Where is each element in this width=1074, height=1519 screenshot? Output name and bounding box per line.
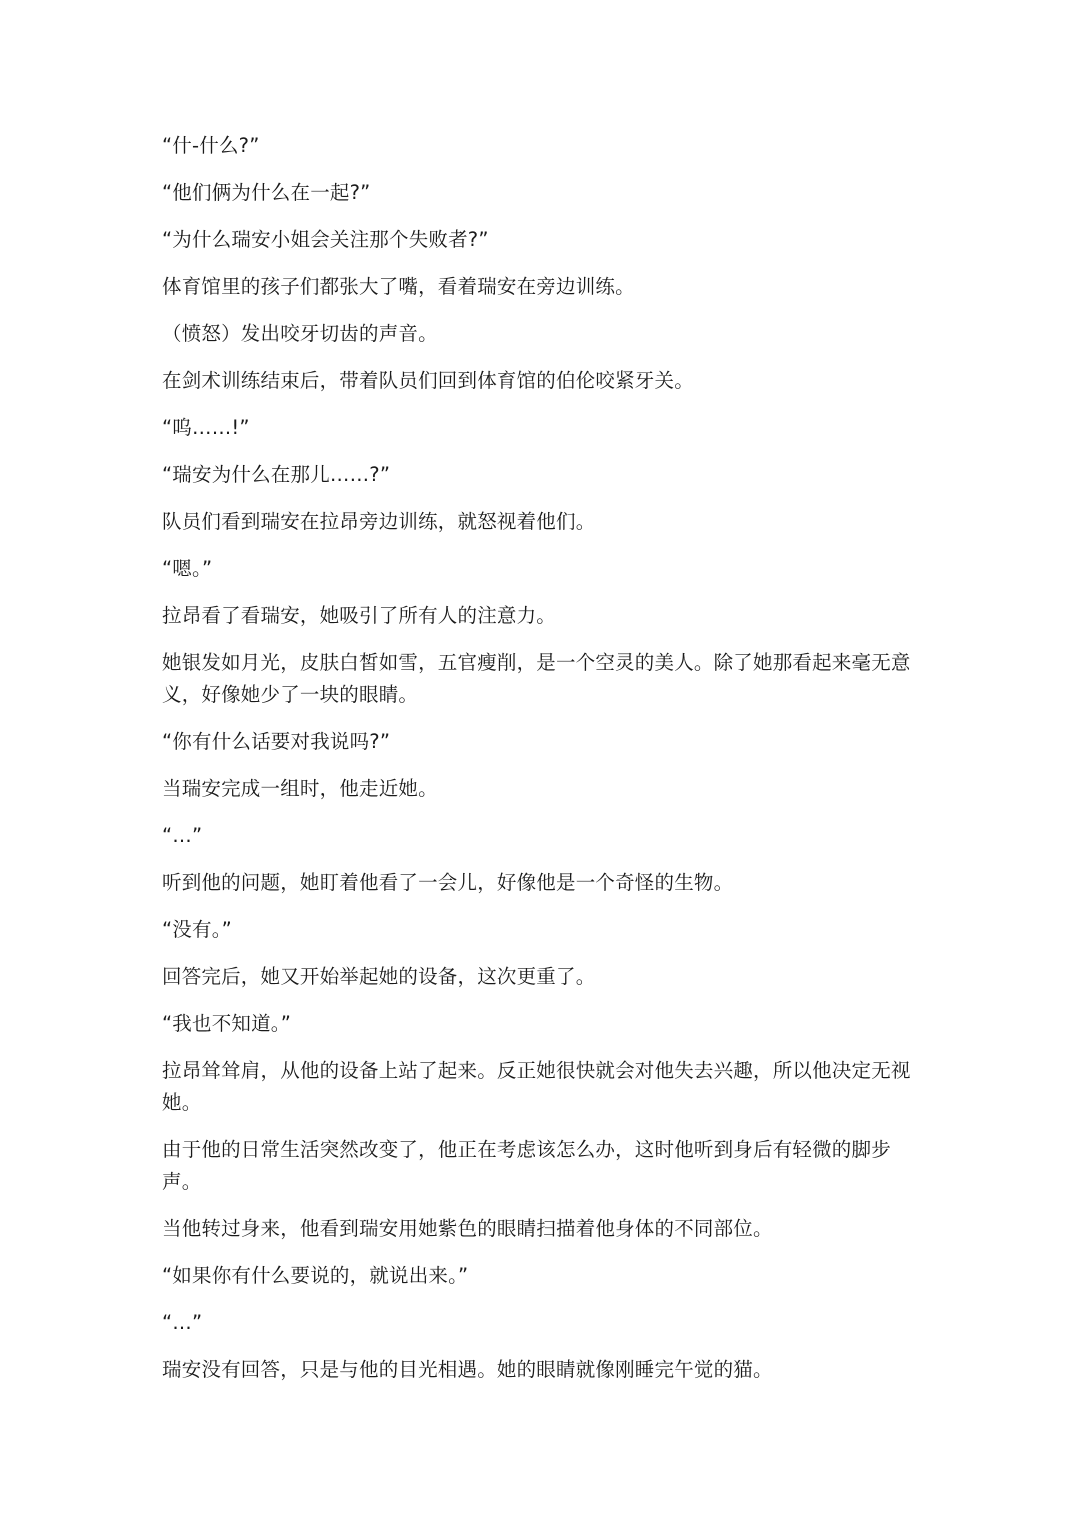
paragraph: 拉昂耸耸肩，从他的设备上站了起来。反正她很快就会对他失去兴趣，所以他决定无视她。 — [162, 1055, 918, 1119]
paragraph: 拉昂看了看瑞安，她吸引了所有人的注意力。 — [162, 600, 918, 632]
paragraph: “呜……!” — [162, 412, 918, 444]
paragraph: （愤怒）发出咬牙切齿的声音。 — [162, 318, 918, 350]
paragraph: 回答完后，她又开始举起她的设备，这次更重了。 — [162, 961, 918, 993]
paragraph: 队员们看到瑞安在拉昂旁边训练，就怒视着他们。 — [162, 506, 918, 538]
paragraph: 瑞安没有回答，只是与他的目光相遇。她的眼睛就像刚睡完午觉的猫。 — [162, 1354, 918, 1386]
paragraph: 体育馆里的孩子们都张大了嘴，看着瑞安在旁边训练。 — [162, 271, 918, 303]
paragraph: 当他转过身来，他看到瑞安用她紫色的眼睛扫描着他身体的不同部位。 — [162, 1213, 918, 1245]
paragraph: “为什么瑞安小姐会关注那个失败者?” — [162, 224, 918, 256]
paragraph: 她银发如月光，皮肤白皙如雪，五官瘦削，是一个空灵的美人。除了她那看起来毫无意义，… — [162, 647, 918, 711]
paragraph: “瑞安为什么在那儿……?” — [162, 459, 918, 491]
paragraph: 在剑术训练结束后，带着队员们回到体育馆的伯伦咬紧牙关。 — [162, 365, 918, 397]
paragraph: “他们俩为什么在一起?” — [162, 177, 918, 209]
paragraph: “你有什么话要对我说吗?” — [162, 726, 918, 758]
paragraph: “如果你有什么要说的，就说出来。” — [162, 1260, 918, 1292]
paragraph: “没有。” — [162, 914, 918, 946]
paragraph: “…” — [162, 820, 918, 852]
paragraph: “…” — [162, 1307, 918, 1339]
paragraph: “我也不知道。” — [162, 1008, 918, 1040]
paragraph: “什-什么?” — [162, 130, 918, 162]
paragraph: 听到他的问题，她盯着他看了一会儿，好像他是一个奇怪的生物。 — [162, 867, 918, 899]
paragraph: 由于他的日常生活突然改变了，他正在考虑该怎么办，这时他听到身后有轻微的脚步声。 — [162, 1134, 918, 1198]
paragraph: “嗯。” — [162, 553, 918, 585]
document-page: “什-什么?” “他们俩为什么在一起?” “为什么瑞安小姐会关注那个失败者?” … — [162, 130, 918, 1401]
paragraph: 当瑞安完成一组时，他走近她。 — [162, 773, 918, 805]
